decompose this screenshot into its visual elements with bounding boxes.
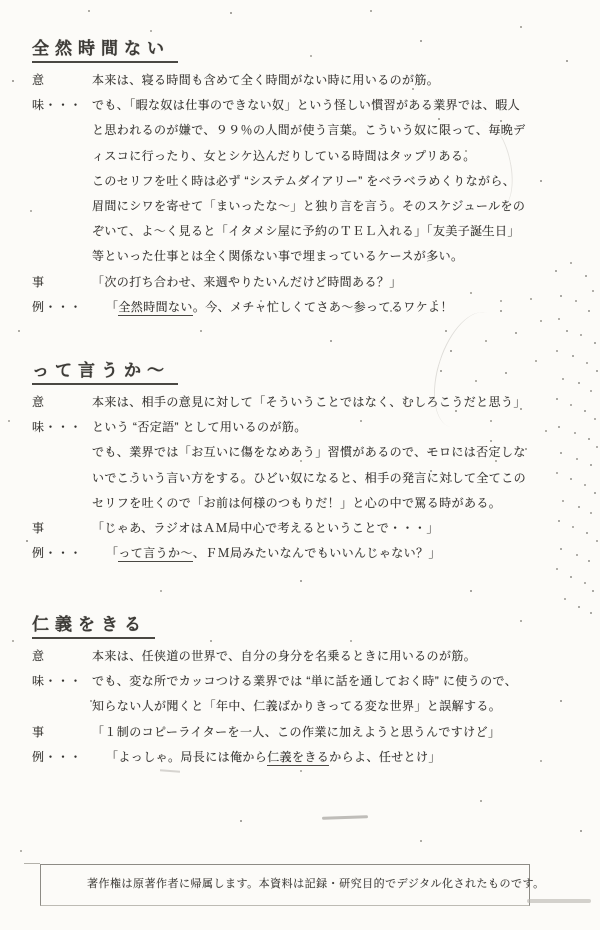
meaning-lines: 本来は、任侠道の世界で、自分の身分を名乗るときに用いるのが筋。 でも、変な所でカ… — [92, 644, 592, 720]
meaning-row: 意味・・・ 本来は、任侠道の世界で、自分の身分を名乗るときに用いるのが筋。 でも… — [32, 644, 592, 720]
section-zenzen-jikan-nai: 全然時間ない 意味・・・ 本来は、寝る時間も含めて全く時間がない時に用いるのが筋… — [32, 34, 592, 320]
example-text-pre: 「よっしゃ。局長には俺から — [106, 750, 267, 764]
scan-smudge — [322, 815, 368, 820]
meaning-label: 意味・・・ — [32, 644, 92, 694]
example-lines: 「次の打ち合わせ、来週やりたいんだけど時間ある？」 「全然時間ない。今、メチャ忙… — [92, 270, 592, 320]
section-title: 全然時間ない — [32, 34, 178, 63]
copyright-text: 著作権は原著作者に帰属します。本資料は記録・研究目的でデジタル化されたものです。 — [41, 865, 529, 891]
example-row: 事例・・・ 「１制のコピーライターを一人、この作業に加えようと思うんですけど」 … — [32, 720, 592, 770]
scan-noise-cluster — [0, 0, 2, 2]
example-lines: 「じゃあ、ラジオはＡＭ局中心で考えるということで・・・」 「って言うか～、ＦＭ局… — [92, 516, 592, 566]
meaning-line: 等といった仕事とは全く関係ない事で埋まっているケースが多い。 — [92, 244, 592, 269]
example-label: 事例・・・ — [32, 516, 92, 566]
example-line: 「次の打ち合わせ、来週やりたいんだけど時間ある？」 — [92, 270, 592, 295]
section-jingi-wo-kiru: 仁義をきる 意味・・・ 本来は、任侠道の世界で、自分の身分を名乗るときに用いるの… — [32, 610, 592, 770]
underlined-term: って言うか～ — [118, 546, 192, 562]
meaning-lines: 本来は、相手の意見に対して「そういうことではなく、むしろこうだと思う」 という … — [92, 390, 592, 516]
example-line: 「よっしゃ。局長には俺から仁義をきるからよ、任せとけ」 — [92, 745, 592, 770]
example-text-post: 、ＦＭ局みたいなんでもいいんじゃない？」 — [193, 546, 441, 560]
example-text-pre: 「 — [106, 546, 118, 560]
scan-artifact-line — [24, 863, 40, 864]
underlined-term: 仁義をきる — [267, 750, 329, 766]
section-title: って言うか～ — [32, 356, 178, 385]
meaning-line: でも、「暇な奴は仕事のできない奴」という怪しい慣習がある業界では、暇人 — [92, 93, 592, 118]
example-text-post: 。今、メチャ忙しくてさあ～参ってるワケよ！ — [193, 300, 453, 314]
meaning-line: 本来は、相手の意見に対して「そういうことではなく、むしろこうだと思う」 — [92, 390, 592, 415]
meaning-line: 本来は、任侠道の世界で、自分の身分を名乗るときに用いるのが筋。 — [92, 644, 592, 669]
example-row: 事例・・・ 「じゃあ、ラジオはＡＭ局中心で考えるということで・・・」 「って言う… — [32, 516, 592, 566]
scan-noise-right-band — [0, 0, 2, 2]
meaning-line: このセリフを吐く時は必ず “システムダイアリー” をベラベラめくりながら、 — [92, 169, 592, 194]
example-label: 事例・・・ — [32, 270, 92, 320]
meaning-label: 意味・・・ — [32, 68, 92, 118]
meaning-line: と思われるのが嫌で、９９％の人間が使う言葉。こういう奴に限って、毎晩デ — [92, 118, 592, 143]
example-line: 「全然時間ない。今、メチャ忙しくてさあ～参ってるワケよ！ — [92, 295, 592, 320]
example-text-pre: 「 — [106, 300, 118, 314]
copyright-box: 著作権は原著作者に帰属します。本資料は記録・研究目的でデジタル化されたものです。 — [40, 864, 530, 906]
meaning-row: 意味・・・ 本来は、相手の意見に対して「そういうことではなく、むしろこうだと思う… — [32, 390, 592, 516]
section-tte-iuka: って言うか～ 意味・・・ 本来は、相手の意見に対して「そういうことではなく、むし… — [32, 356, 592, 566]
scanned-document-page: 全然時間ない 意味・・・ 本来は、寝る時間も含めて全く時間がない時に用いるのが筋… — [0, 0, 600, 930]
meaning-line: でも、変な所でカッコつける業界では “単に話を通しておく時” に使うので、 — [92, 669, 592, 694]
example-text-post: からよ、任せとけ」 — [329, 750, 441, 764]
example-lines: 「１制のコピーライターを一人、この作業に加えようと思うんですけど」 「よっしゃ。… — [92, 720, 592, 770]
meaning-line: でも、業界では「お互いに傷をなめあう」習慣があるので、モロには否定しな — [92, 440, 592, 465]
meaning-row: 意味・・・ 本来は、寝る時間も含めて全く時間がない時に用いるのが筋。 でも、「暇… — [32, 68, 592, 270]
meaning-line: という “否定語” として用いるのが筋。 — [92, 415, 592, 440]
scan-smudge — [527, 899, 591, 903]
example-line: 「って言うか～、ＦＭ局みたいなんでもいいんじゃない？」 — [92, 541, 592, 566]
underlined-term: 全然時間ない — [118, 300, 192, 316]
meaning-line: 知らない人が聞くと「年中、仁義ばかりきってる変な世界」と誤解する。 — [92, 694, 592, 719]
example-label: 事例・・・ — [32, 720, 92, 770]
meaning-line: 本来は、寝る時間も含めて全く時間がない時に用いるのが筋。 — [92, 68, 592, 93]
scan-noise-speckles — [0, 0, 2, 2]
section-title: 仁義をきる — [32, 610, 155, 639]
meaning-line: セリフを吐くので「お前は何様のつもりだ！」と心の中で罵る時がある。 — [92, 491, 592, 516]
meaning-line: ぞいて、よ～く見ると「イタメシ屋に予約のＴＥＬ入れる」「友美子誕生日」 — [92, 219, 592, 244]
meaning-line: いでこういう言い方をする。ひどい奴になると、相手の発言に対して全てこの — [92, 466, 592, 491]
meaning-line: 眉間にシワを寄せて「まいったな～」と独り言を言う。そのスケジュールをの — [92, 194, 592, 219]
example-line: 「じゃあ、ラジオはＡＭ局中心で考えるということで・・・」 — [92, 516, 592, 541]
example-line: 「１制のコピーライターを一人、この作業に加えようと思うんですけど」 — [92, 720, 592, 745]
meaning-line: ィスコに行ったり、女とシケ込んだりしている時間はタップリある。 — [92, 144, 592, 169]
meaning-label: 意味・・・ — [32, 390, 92, 440]
example-row: 事例・・・ 「次の打ち合わせ、来週やりたいんだけど時間ある？」 「全然時間ない。… — [32, 270, 592, 320]
meaning-lines: 本来は、寝る時間も含めて全く時間がない時に用いるのが筋。 でも、「暇な奴は仕事の… — [92, 68, 592, 270]
